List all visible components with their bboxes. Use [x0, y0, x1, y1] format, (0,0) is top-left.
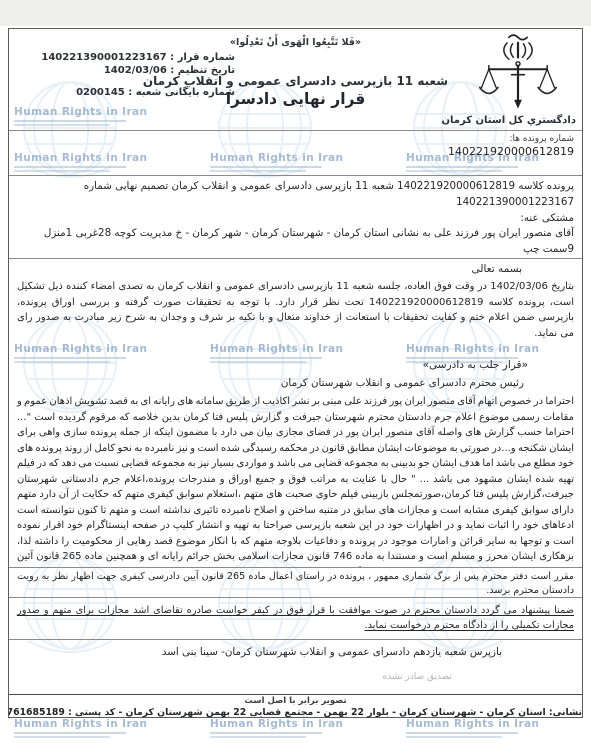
certified-copy-note: تصویر برابر با اصل است	[9, 696, 582, 706]
prosecutor-suggestion-section: ضمنا پیشنهاد می گردد دادستان محترم در صو…	[9, 598, 582, 640]
signature-section: بازپرس شعبه یازدهم دادسرای عمومی و انقلا…	[9, 640, 582, 695]
session-intro-paragraph: بتاریخ 1402/03/06 در وقت فوق العاده، جلس…	[17, 279, 574, 341]
case-numbers-label: شماره پرونده ها:	[17, 134, 574, 144]
watermark-text: Human Rights in Iran	[210, 718, 350, 738]
document-frame: «فَلا تَتَّبِعُوا الْهَوی أَنْ تَعْدِلُو…	[8, 28, 583, 718]
basmala: بسمه تعالی	[17, 263, 574, 275]
order-number-row: شماره قرار : 140221390001223167	[23, 51, 235, 64]
date-label: تاریخ تنظیم :	[170, 65, 235, 76]
case-class-line: پرونده کلاسه 140221920000612819 شعبه 11 …	[17, 179, 574, 195]
suggestion-text: ضمنا پیشنهاد می گردد دادستان محترم در صو…	[17, 605, 574, 631]
document-header: «فَلا تَتَّبِعُوا الْهَوی أَنْ تَعْدِلُو…	[9, 29, 582, 131]
parties-section: پرونده کلاسه 140221920000612819 شعبه 11 …	[9, 176, 582, 259]
archive-number-label: شماره بایگانی شعبه :	[128, 87, 235, 98]
case-numbers-strip: شماره پرونده ها: 140221920000612819	[9, 131, 582, 176]
scanned-court-document: Human Rights in Iran Human Rights in Ira…	[0, 0, 591, 746]
stamp-placeholder-note: تصدیق صادر نشده	[383, 672, 452, 682]
date-row: تاریخ تنظیم : 1402/03/06	[23, 64, 235, 77]
page-top-margin-band	[0, 0, 591, 26]
accused-label: مشتکی عنه:	[17, 211, 574, 227]
spacer	[17, 341, 574, 359]
archive-number-value: 0200145	[76, 87, 125, 98]
ruling-title: «قرار جلب به دادرسی»	[17, 359, 574, 371]
case-number-value: 140221920000612819	[17, 145, 574, 158]
archive-number-row: شماره بایگانی شعبه : 0200145	[23, 86, 235, 99]
scales-of-justice-icon	[468, 31, 568, 113]
ruling-body-section: بسمه تعالی بتاریخ 1402/03/06 در وقت فوق …	[9, 259, 582, 568]
order-number-value: 140221390001223167	[41, 52, 166, 63]
document-footer: تصویر برابر با اصل است نشانی: استان کرما…	[9, 695, 582, 721]
judiciary-logo-block: دادگستري کل استان کرمان	[460, 31, 576, 126]
order-number-label: شماره قرار :	[170, 52, 235, 63]
accused-details: آقای منصور ایران پور فرزند علی به نشانی …	[17, 226, 574, 258]
header-numbers-block: شماره قرار : 140221390001223167 تاریخ تن…	[23, 51, 235, 99]
addressee-line: رئیس محترم دادسرای عمومی و انقلاب شهرستا…	[17, 377, 574, 389]
ruling-main-paragraph: احتراما در خصوص اتهام آقای منصور ایران پ…	[17, 394, 574, 568]
watermark-text: Human Rights in Iran	[406, 718, 546, 738]
investigator-signature-line: بازپرس شعبه یازدهم دادسرای عمومی و انقلا…	[17, 646, 574, 658]
court-address-line: نشانی: استان کرمان - شهرستان کرمان - بلو…	[9, 707, 582, 718]
logo-caption: دادگستري کل استان کرمان	[460, 115, 576, 126]
final-decision-number: 140221390001223167	[17, 195, 574, 211]
watermark-text: Human Rights in Iran	[14, 718, 154, 738]
date-value: 1402/03/06	[104, 65, 167, 76]
office-note-section: مقرر است دفتر محترم پس از برگ شماری ممهو…	[9, 568, 582, 598]
